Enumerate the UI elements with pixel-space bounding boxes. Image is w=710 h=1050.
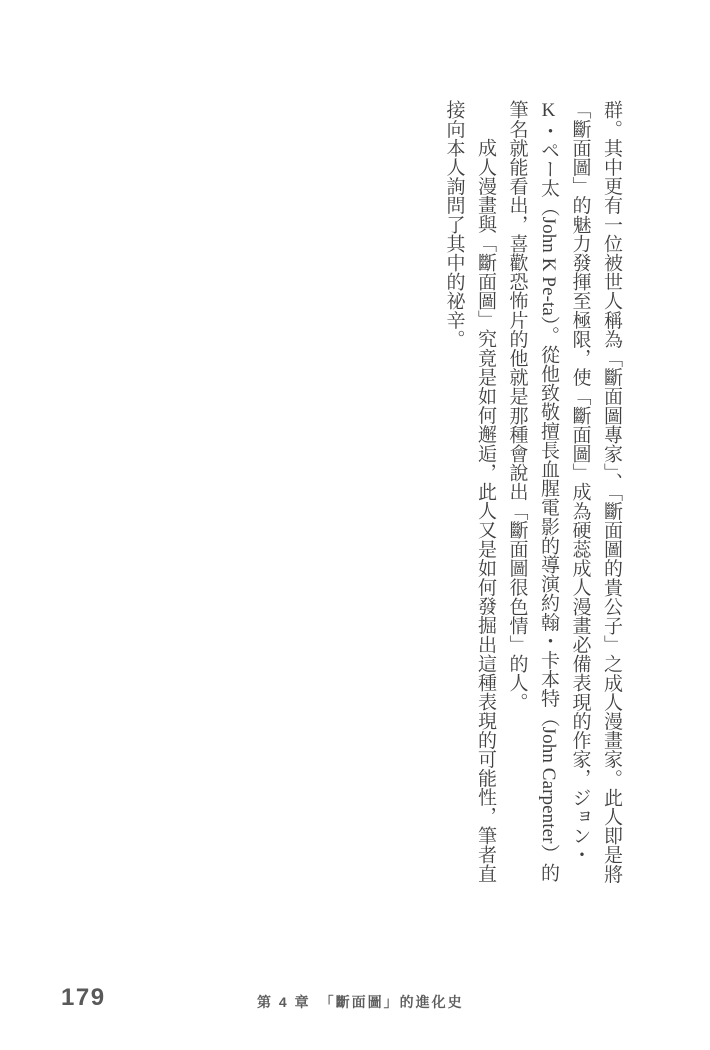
book-page: 群。其中更有一位被世人稱為「斷面圖專家」、「斷面圖的貴公子」之成人漫畫家。此人即… — [0, 0, 710, 1050]
chapter-caption: 第 4 章 「斷面圖」的進化史 — [257, 992, 464, 1012]
paragraph1-upright-initial: K — [538, 100, 559, 121]
vertical-text-block: 群。其中更有一位被世人稱為「斷面圖專家」、「斷面圖的貴公子」之成人漫畫家。此人即… — [438, 100, 627, 898]
page-number: 179 — [61, 984, 106, 1012]
paragraph1-lead-text: 群。其中更有一位被世人稱為「斷面圖專家」、「斷面圖的貴公子」之成人漫畫家。此人即… — [570, 100, 623, 883]
paragraph1-tail-text: ・ペー太（John K Pe-ta）。從他致敬擅長血腥電影的導演約翰・卡本特（J… — [507, 100, 560, 882]
paragraph-new: 成人漫畫與「斷面圖」究竟是如何邂逅，此人又是如何發掘出這種表現的可能性，筆者直接… — [438, 100, 501, 898]
paragraph-continued: 群。其中更有一位被世人稱為「斷面圖專家」、「斷面圖的貴公子」之成人漫畫家。此人即… — [501, 100, 627, 898]
